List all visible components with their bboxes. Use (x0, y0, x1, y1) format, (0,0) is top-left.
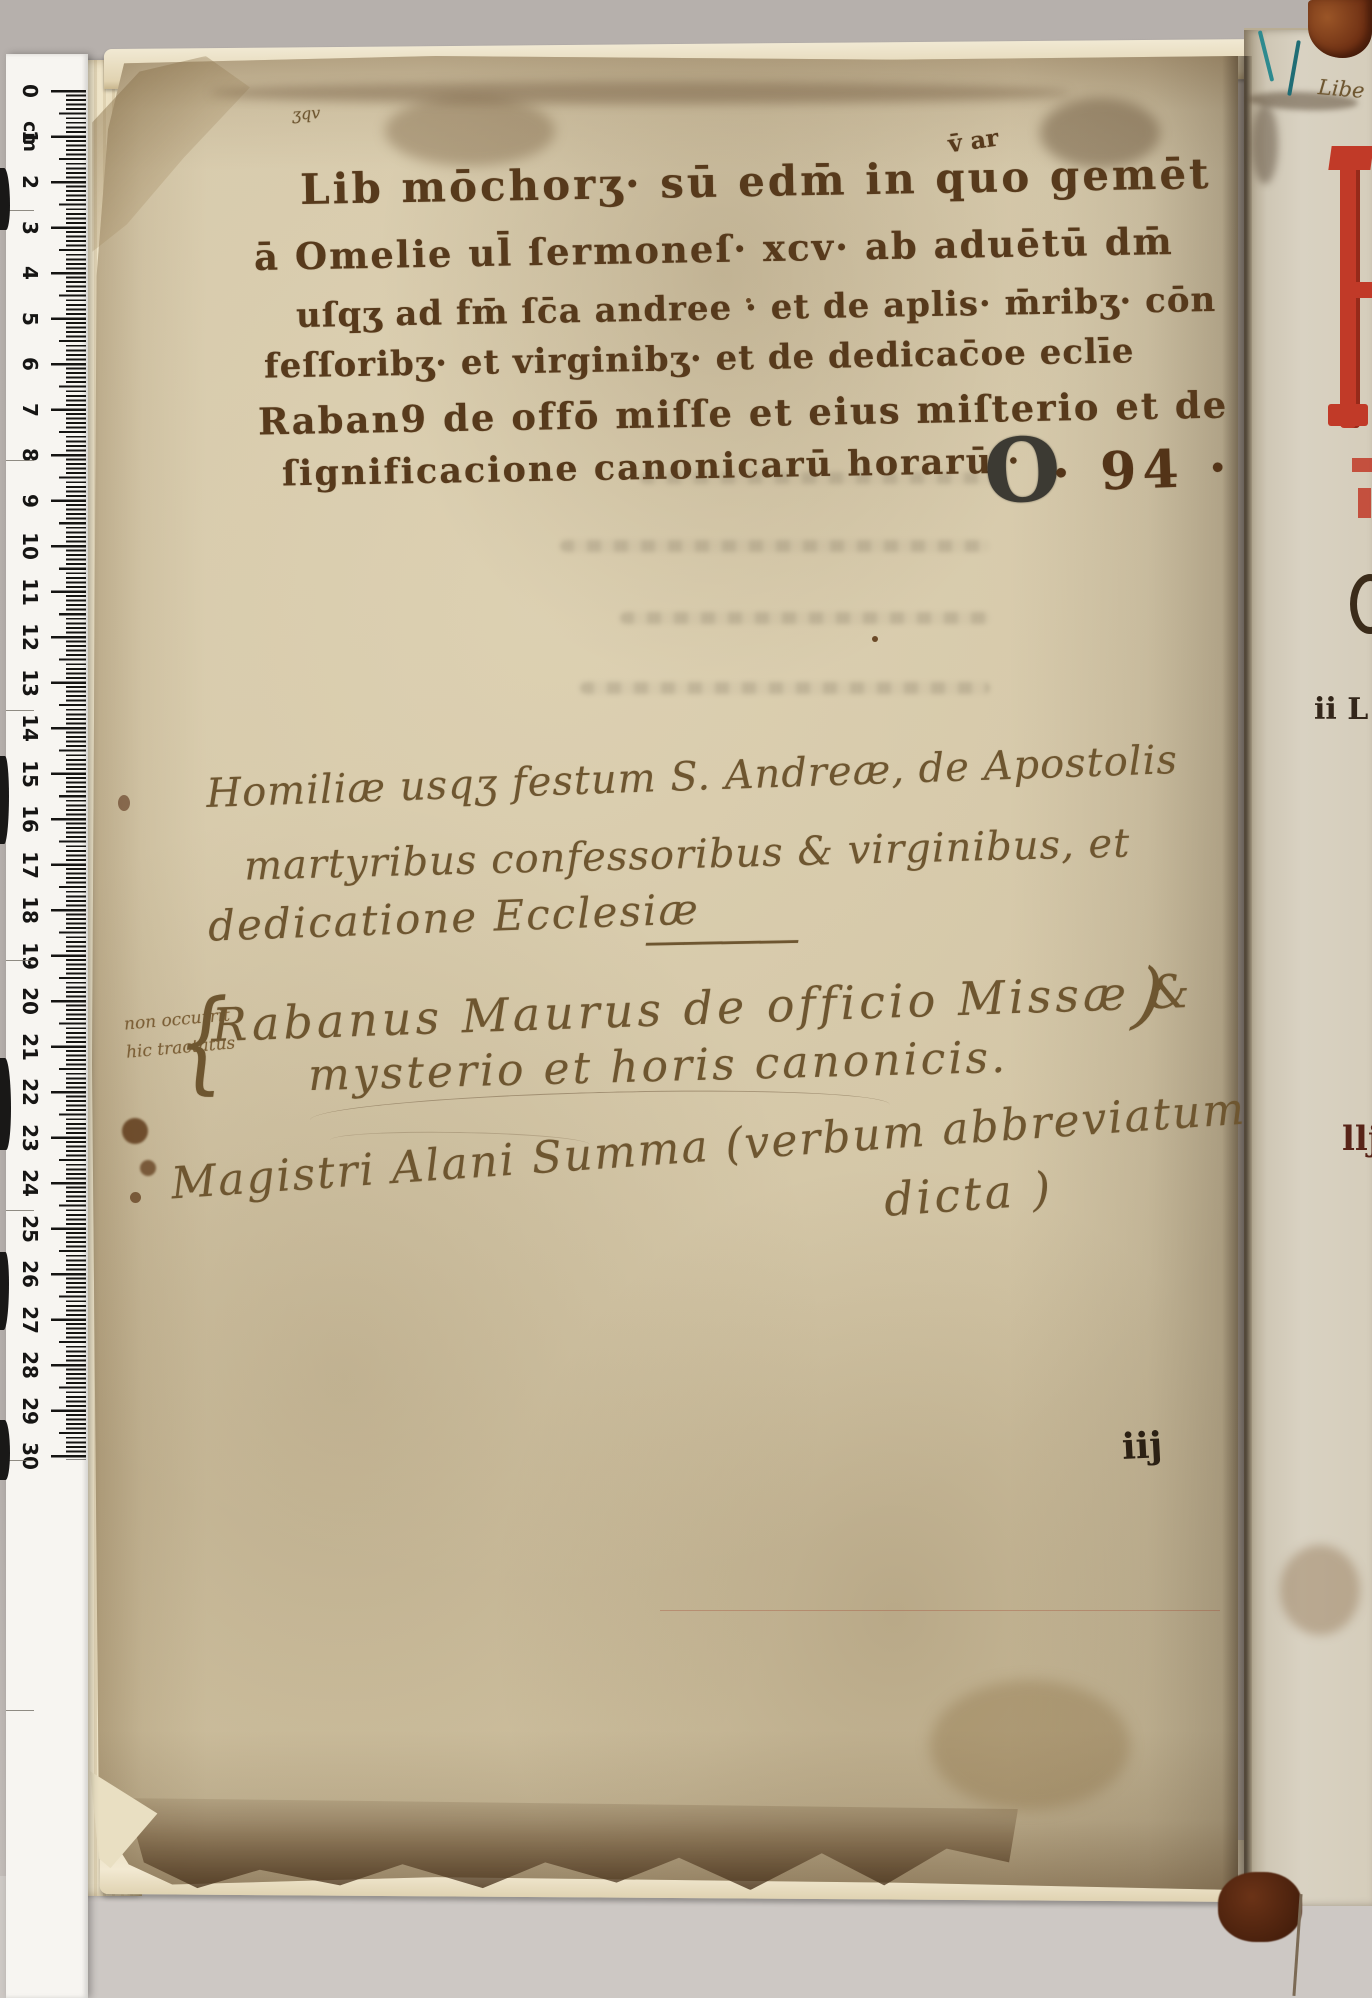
ruler-number: 22 (18, 1078, 42, 1106)
faint-red-line (660, 1610, 1220, 1611)
ruler-number: 2 (18, 168, 42, 196)
gutter-crease (1222, 56, 1252, 1890)
facing-page-fragment: llj (1342, 1122, 1372, 1158)
ruler-fold-line (6, 210, 34, 211)
ruler-fold-line (6, 710, 34, 711)
ink-spot (140, 1160, 156, 1176)
stain (385, 96, 555, 166)
ruler-number: 12 (18, 623, 42, 651)
ruler-number: 0 (18, 77, 42, 105)
gutter-grime (1252, 104, 1278, 184)
ruler-fold-line (6, 1460, 34, 1461)
binding-leather-bottom (1218, 1872, 1302, 1942)
red-initial-mid-bar (1346, 282, 1372, 298)
ink-rule: ———— (644, 917, 797, 964)
ink-spot (122, 1118, 148, 1144)
ruler-number: 3 (18, 214, 42, 242)
ruler-number: 4 (18, 259, 42, 287)
ruler-number: 26 (18, 1260, 42, 1288)
ruler-number: 5 (18, 305, 42, 333)
ruler-unit-label: cm (19, 121, 41, 149)
ruler-number: 20 (18, 987, 42, 1015)
ruler-number: 24 (18, 1169, 42, 1197)
red-initial-top-serif (1328, 146, 1372, 170)
stain (930, 1680, 1130, 1810)
ruler-number: 11 (18, 578, 42, 606)
ruler-number: 8 (18, 441, 42, 469)
ink-spot (118, 795, 130, 811)
ruler-number: 23 (18, 1124, 42, 1152)
stray-mark: ʒqv (291, 105, 320, 124)
top-grime-streak (210, 82, 1070, 104)
ruler-number: 7 (18, 396, 42, 424)
ink-spot (872, 636, 878, 642)
red-fragment (1358, 488, 1371, 518)
ruler-number: 28 (18, 1351, 42, 1379)
shelfmark-number: · 94 · (1051, 441, 1234, 502)
ruler-number: 17 (18, 851, 42, 879)
ruler-number: 6 (18, 350, 42, 378)
ruler-fold-line (6, 460, 34, 461)
ruler-number: 29 (18, 1397, 42, 1425)
ruler-number: 25 (18, 1215, 42, 1243)
ruler-number: 13 (18, 669, 42, 697)
ruler-number: 9 (18, 487, 42, 515)
ruler-number: 18 (18, 896, 42, 924)
gothic-floater: v̄ ar (946, 125, 1000, 157)
ruler-number: 14 (18, 714, 42, 742)
bleedthrough-text-ghost (560, 540, 990, 552)
stain (1280, 1545, 1360, 1635)
ruler-number: 15 (18, 760, 42, 788)
ruler-number: 10 (18, 532, 42, 560)
rabanus-line-4: dicta ) (883, 1164, 1055, 1224)
ruler-fold-line (6, 1210, 34, 1211)
quire-signature: iij (1121, 1427, 1163, 1467)
manuscript-photo: Lib mōchorʒ· sū edm̄ in quo gemēt v̄ ar … (0, 0, 1372, 1998)
shelfmark-letter: O (982, 422, 1063, 518)
cm-ruler: 0123456789101112131415161718192021222324… (6, 54, 88, 1998)
ruler-number: 16 (18, 805, 42, 833)
ruler-number: 27 (18, 1306, 42, 1334)
facing-page-header: Libe (1317, 76, 1365, 102)
bleedthrough-text-ghost (620, 612, 990, 624)
red-initial-foot (1328, 404, 1368, 426)
red-fragment (1352, 458, 1372, 472)
ruler-fold-line (6, 1710, 34, 1711)
facing-page-fragment: ii L (1314, 694, 1368, 726)
ruler-number: 30 (18, 1442, 42, 1470)
ruler-number: 19 (18, 942, 42, 970)
ink-spot (130, 1192, 141, 1203)
ruler-ticks-cm (51, 90, 86, 1460)
ruler-fold-line (6, 960, 34, 961)
bleedthrough-text-ghost (580, 682, 990, 694)
ruler-number: 21 (18, 1033, 42, 1061)
